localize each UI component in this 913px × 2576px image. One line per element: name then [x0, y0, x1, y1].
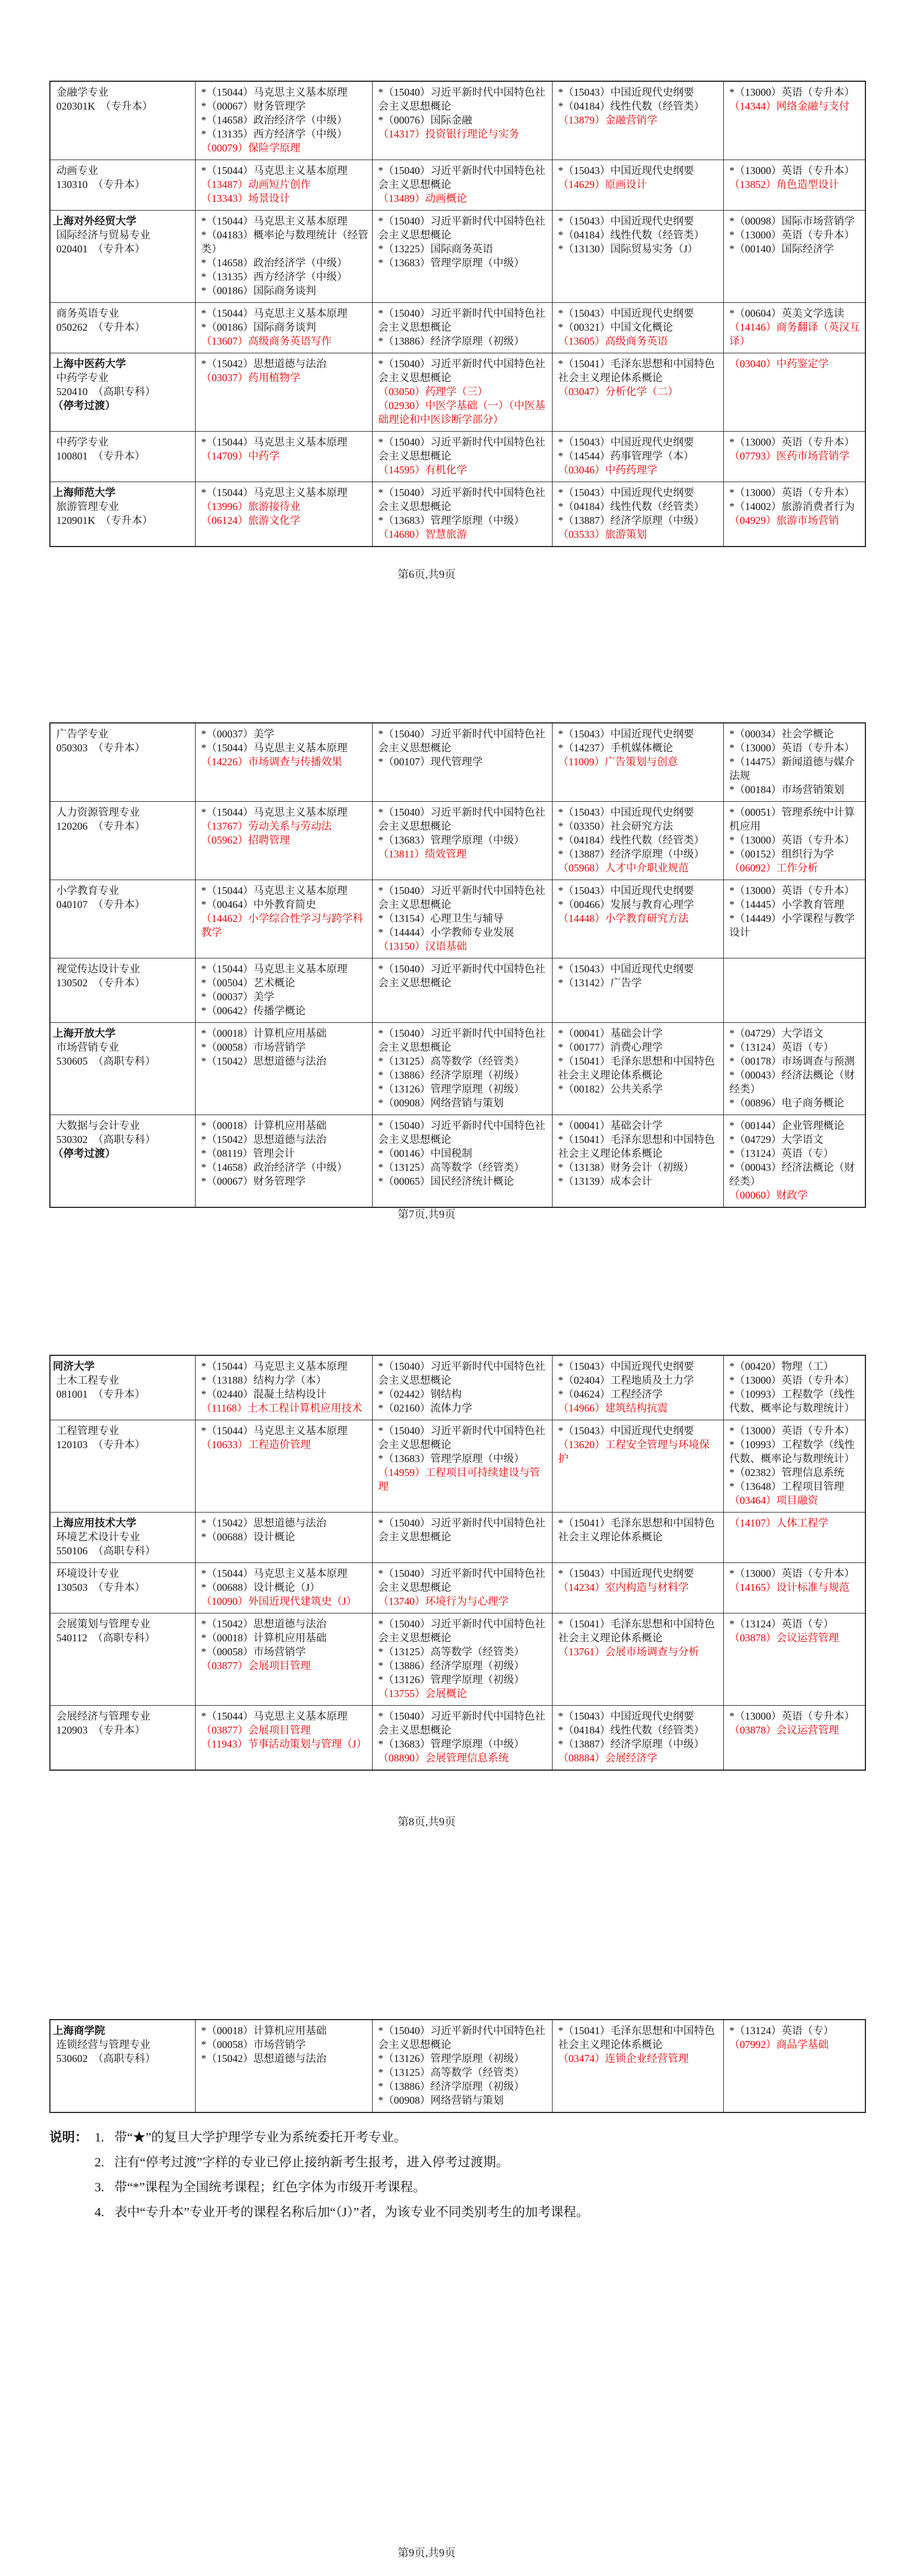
note-number: 4. — [95, 2199, 114, 2224]
note-item: 3.带“*”课程为全国统考课程；红色字体为市级开考课程。 — [95, 2175, 605, 2199]
national-course: *（13130）国际贸易实务（J） — [558, 242, 720, 256]
major-label: 540112 （高职专科） — [56, 1631, 192, 1645]
note-number: 3. — [95, 2175, 114, 2199]
note-number: 2. — [95, 2150, 114, 2175]
course-cell: *（15040）习近平新时代中国特色社会主义思想概论*（13125）高等数学（经… — [372, 1023, 552, 1115]
national-course: *（02160）流体力学 — [378, 1401, 548, 1415]
national-course: *（02440）混凝土结构设计 — [201, 1387, 369, 1401]
course-table-page8: 同济大学土木工程专业081001 （专升本）*（15044）马克思主义基本原理*… — [49, 1355, 866, 1771]
table-row: 广告学专业050303 （专升本）*（00037）美学*（15044）马克思主义… — [50, 723, 865, 802]
national-course: *（15044）马克思主义基本原理 — [201, 306, 369, 320]
national-course: *（00146）中国税制 — [378, 1146, 548, 1160]
course-cell: *（15040）习近平新时代中国特色社会主义思想概论*（13225）国际商务英语… — [372, 211, 552, 303]
table-row: 商务英语专业050262 （专升本）*（15044）马克思主义基本原理*（001… — [50, 303, 865, 353]
major-cell: 小学教育专业040107 （专升本） — [50, 880, 195, 958]
national-course: *（15040）习近平新时代中国特色社会主义思想概论 — [378, 164, 548, 191]
municipal-course: （10633）工程造价管理 — [201, 1438, 369, 1452]
municipal-course: （14462）小学综合性学习与跨学科教学 — [201, 911, 369, 939]
national-course: *（15043）中国近现代史纲要 — [558, 85, 720, 99]
table-row: 上海中医药大学中药学专业520410 （高职专科）（停考过渡）*（15042）思… — [50, 353, 865, 432]
major-label: 会展策划与管理专业 — [56, 1617, 192, 1631]
national-course: *（00018）计算机应用基础 — [201, 2024, 369, 2038]
national-course: *（13000）英语（专升本） — [730, 1709, 862, 1723]
national-course: *（00504）艺术概论 — [201, 976, 369, 990]
national-course: *（04184）线性代数（经管类） — [558, 99, 720, 113]
national-course: *（00182）公共关系学 — [558, 1082, 720, 1096]
course-cell: *（00041）基础会计学*（00177）消费心理学*（15041）毛泽东思想和… — [552, 1023, 723, 1115]
national-course: *（13887）经济学原理（中级） — [558, 513, 720, 527]
national-course: *（00037）美学 — [201, 990, 369, 1004]
course-cell: *（13000）英语（专升本）（14344）网络金融与支付 — [723, 81, 865, 160]
note-item: 2.注有“停考过渡”字样的专业已停止接纳新考生报考，进入停考过渡期。 — [95, 2150, 605, 2175]
national-course: *（00065）国民经济统计概论 — [378, 1174, 548, 1188]
national-course: *（15041）毛泽东思想和中国特色社会主义理论体系概论 — [558, 2024, 720, 2052]
municipal-course: （11009）广告策划与创意 — [558, 755, 720, 769]
national-course: *（13138）财务会计（初级） — [558, 1160, 720, 1174]
national-course: *（15042）思想道德与法治 — [201, 1054, 369, 1068]
national-course: *（15044）马克思主义基本原理 — [201, 1566, 369, 1580]
national-course: *（15043）中国近现代史纲要 — [558, 962, 720, 976]
municipal-course: （13811）绩效管理 — [378, 847, 548, 861]
municipal-course: （14595）有机化学 — [378, 463, 548, 477]
major-label: 100801 （专升本） — [56, 449, 192, 463]
national-course: *（15040）习近平新时代中国特色社会主义思想概论 — [378, 306, 548, 334]
national-course: *（15043）中国近现代史纲要 — [558, 164, 720, 178]
national-course: *（13000）英语（专升本） — [730, 833, 862, 847]
major-cell: 上海中医药大学中药学专业520410 （高职专科）（停考过渡） — [50, 353, 195, 432]
school-or-flag-label: 上海商学院 — [53, 2024, 192, 2038]
national-course: *（00184）市场营销策划 — [730, 783, 862, 797]
national-course: *（13683）管理学原理（中级） — [378, 833, 548, 847]
national-course: *（02404）工程地质及土力学 — [558, 1373, 720, 1387]
national-course: *（00058）市场营销学 — [201, 2038, 369, 2052]
major-label: 环境设计专业 — [56, 1566, 192, 1580]
national-course: *（15044）马克思主义基本原理 — [201, 1359, 369, 1373]
national-course: *（13886）经济学原理（初级） — [378, 1659, 548, 1673]
course-table-page7-slot: 广告学专业050303 （专升本）*（00037）美学*（15044）马克思主义… — [49, 722, 865, 1208]
national-course: *（13887）经济学原理（中级） — [558, 847, 720, 861]
major-label: 130503 （专升本） — [56, 1580, 192, 1594]
course-cell: *（15044）马克思主义基本原理*（00504）艺术概论*（00037）美学*… — [195, 958, 372, 1023]
course-cell: *（15044）马克思主义基本原理*（13188）结构力学（本）*（02440）… — [195, 1355, 372, 1420]
table-row: 上海开放大学市场营销专业530605 （高职专科）*（00018）计算机应用基础… — [50, 1023, 865, 1115]
note-text: 注有“停考过渡”字样的专业已停止接纳新考生报考，进入停考过渡期。 — [114, 2150, 605, 2175]
municipal-course: （14107）人体工程学 — [730, 1516, 862, 1530]
national-course: *（15043）中国近现代史纲要 — [558, 306, 720, 320]
national-course: *（00018）计算机应用基础 — [201, 1631, 369, 1645]
national-course: *（15040）习近平新时代中国特色社会主义思想概论 — [378, 85, 548, 113]
course-cell: *（15044）马克思主义基本原理*（00186）国际商务谈判（13607）高级… — [195, 303, 372, 353]
national-course: *（15040）习近平新时代中国特色社会主义思想概论 — [378, 962, 548, 990]
major-cell: 商务英语专业050262 （专升本） — [50, 303, 195, 353]
course-cell: *（00034）社会学概论*（13000）英语（专升本）*（14475）新闻道德… — [723, 723, 865, 802]
course-cell: *（15043）中国近现代史纲要*（02404）工程地质及土力学*（04624）… — [552, 1355, 723, 1420]
major-label: 050303 （专升本） — [56, 741, 192, 755]
course-cell: *（15043）中国近现代史纲要*（14237）手机媒体概论（11009）广告策… — [552, 723, 723, 802]
municipal-course: （00079）保险学原理 — [201, 141, 369, 155]
school-or-flag-label: （停考过渡） — [53, 1146, 192, 1160]
national-course: *（13142）广告学 — [558, 976, 720, 990]
note-item: 4.表中“专升本”专业开考的课程名称后加“（J）”者，为该专业不同类别考生的加考… — [95, 2199, 605, 2224]
major-label: 旅游管理专业 — [56, 500, 192, 513]
municipal-course: （03040）中药鉴定学 — [730, 357, 862, 371]
national-course: *（04184）线性代数（经管类） — [558, 1723, 720, 1737]
municipal-course: （14234）室内构造与材料学 — [558, 1580, 720, 1594]
national-course: *（14237）手机媒体概论 — [558, 741, 720, 755]
national-course: *（15044）马克思主义基本原理 — [201, 164, 369, 178]
municipal-course: （03533）旅游策划 — [558, 527, 720, 541]
course-cell: *（15041）毛泽东思想和中国特色社会主义理论体系概论（03047）分析化学（… — [552, 353, 723, 432]
municipal-course: （10090）外国近现代建筑史（J） — [201, 1594, 369, 1608]
major-cell: 上海开放大学市场营销专业530605 （高职专科） — [50, 1023, 195, 1115]
table-row: 同济大学土木工程专业081001 （专升本）*（15044）马克思主义基本原理*… — [50, 1355, 865, 1420]
national-course: *（15043）中国近现代史纲要 — [558, 1566, 720, 1580]
national-course: *（13126）管理学原理（初级） — [378, 1673, 548, 1687]
course-cell — [723, 958, 865, 1023]
note-text: 带“*”课程为全国统考课程；红色字体为市级开考课程。 — [114, 2175, 605, 2199]
major-label: 人力资源管理专业 — [56, 805, 192, 819]
notes-section: 说明： 1.带“★”的复旦大学护理学专业为系统委托开考专业。2.注有“停考过渡”… — [49, 2125, 630, 2224]
course-cell: *（15040）习近平新时代中国特色社会主义思想概论*（00107）现代管理学 — [372, 723, 552, 802]
course-cell: *（15040）习近平新时代中国特色社会主义思想概论*（13886）经济学原理（… — [372, 303, 552, 353]
table-row: 上海对外经贸大学国际经济与贸易专业020401 （专升本）*（15044）马克思… — [50, 211, 865, 303]
major-label: 040107 （专升本） — [56, 898, 192, 911]
national-course: *（00067）财务管理学 — [201, 99, 369, 113]
municipal-course: （14959）工程项目可持续建设与管理 — [378, 1466, 548, 1493]
municipal-course: （13755）会展概论 — [378, 1687, 548, 1701]
national-course: *（00043）经济法概论（财经类） — [730, 1160, 862, 1188]
national-course: *（13000）英语（专升本） — [730, 486, 862, 500]
national-course: *（02442）钢结构 — [378, 1387, 548, 1401]
national-course: *（13225）国际商务英语 — [378, 242, 548, 256]
major-cell: 上海应用技术大学环境艺术设计专业550106 （高职专科） — [50, 1513, 195, 1563]
national-course: *（13000）英语（专升本） — [730, 1373, 862, 1387]
municipal-course: （07992）商品学基础 — [730, 2038, 862, 2052]
school-or-flag-label: 上海中医药大学 — [53, 357, 192, 371]
national-course: *（13886）经济学原理（初级） — [378, 1068, 548, 1082]
school-or-flag-label: 上海应用技术大学 — [53, 1516, 192, 1530]
national-course: *（00152）组织行为学 — [730, 847, 862, 861]
course-cell: *（15043）中国近现代史纲要（13620）工程安全管理与环境保护 — [552, 1420, 723, 1513]
municipal-course: （14146）商务翻译（英汉互译） — [730, 320, 862, 348]
national-course: *（15040）习近平新时代中国特色社会主义思想概论 — [378, 435, 548, 463]
national-course: *（00642）传播学概论 — [201, 1004, 369, 1018]
course-cell: *（15043）中国近现代史纲要*（14544）药事管理学（本）（03046）中… — [552, 432, 723, 482]
national-course: *（15043）中国近现代史纲要 — [558, 805, 720, 819]
national-course: *（00896）电子商务概论 — [730, 1096, 862, 1110]
course-cell: *（15044）马克思主义基本原理（13487）动画短片创作（13343）场景设… — [195, 160, 372, 211]
national-course: *（15042）思想道德与法治 — [201, 2052, 369, 2065]
national-course: *（15041）毛泽东思想和中国特色社会主义理论体系概论 — [558, 1133, 720, 1160]
notes-label: 说明： — [49, 2125, 95, 2150]
national-course: *（15040）习近平新时代中国特色社会主义思想概论 — [378, 1566, 548, 1594]
course-cell: *（00037）美学*（15044）马克思主义基本原理（14226）市场调查与传… — [195, 723, 372, 802]
municipal-course: （06092）工作分析 — [730, 861, 862, 875]
course-cell: *（15044）马克思主义基本原理*（00688）设计概论（J）（10090）外… — [195, 1563, 372, 1613]
national-course: *（00688）设计概论（J） — [201, 1580, 369, 1594]
municipal-course: （03047）分析化学（二） — [558, 385, 720, 399]
major-label: 520410 （高职专科） — [56, 385, 192, 399]
note-item: 1.带“★”的复旦大学护理学专业为系统委托开考专业。 — [95, 2125, 605, 2150]
note-text: 带“★”的复旦大学护理学专业为系统委托开考专业。 — [114, 2125, 605, 2150]
major-cell: 金融学专业020301K （专升本） — [50, 81, 195, 160]
major-label: 商务英语专业 — [56, 306, 192, 320]
national-course: *（15044）马克思主义基本原理 — [201, 486, 369, 500]
municipal-course: （03878）会议运营管理 — [730, 1723, 862, 1737]
major-label: 020401 （专升本） — [56, 242, 192, 256]
major-label: 120206 （专升本） — [56, 819, 192, 833]
national-course: *（13188）结构力学（本） — [201, 1373, 369, 1387]
national-course: *（13000）英语（专升本） — [730, 85, 862, 99]
course-table-page7: 广告学专业050303 （专升本）*（00037）美学*（15044）马克思主义… — [49, 722, 866, 1208]
national-course: *（15043）中国近现代史纲要 — [558, 1424, 720, 1438]
national-course: *（13125）高等数学（经管类） — [378, 1054, 548, 1068]
municipal-course: （06124）旅游文化学 — [201, 513, 369, 527]
municipal-course: （00060）财政学 — [730, 1188, 862, 1202]
national-course: *（00688）设计概论 — [201, 1530, 369, 1544]
course-cell: *（13000）英语（专升本）*（14445）小学教育管理*（14449）小学课… — [723, 880, 865, 958]
course-cell: *（15044）马克思主义基本原理*（00464）中外教育简史（14462）小学… — [195, 880, 372, 958]
national-course: *（00186）国际商务谈判 — [201, 284, 369, 298]
national-course: *（04624）工程经济学 — [558, 1387, 720, 1401]
municipal-course: （03046）中药药理学 — [558, 463, 720, 477]
national-course: *（13000）英语（专升本） — [730, 228, 862, 242]
national-course: *（00058）市场营销学 — [201, 1645, 369, 1659]
course-cell: *（15041）毛泽东思想和中国特色社会主义理论体系概论（13761）会展市场调… — [552, 1613, 723, 1706]
major-cell: 上海师范大学旅游管理专业120901K （专升本） — [50, 482, 195, 547]
national-course: *（00041）基础会计学 — [558, 1119, 720, 1133]
national-course: *（15044）马克思主义基本原理 — [201, 1709, 369, 1723]
national-course: *（00186）国际商务谈判 — [201, 320, 369, 334]
national-course: *（04184）线性代数（经管类） — [558, 833, 720, 847]
major-label: 130502 （专升本） — [56, 976, 192, 990]
major-cell: 会展策划与管理专业540112 （高职专科） — [50, 1613, 195, 1706]
national-course: *（15044）马克思主义基本原理 — [201, 741, 369, 755]
course-cell: *（15043）中国近现代史纲要（14234）室内构造与材料学 — [552, 1563, 723, 1613]
municipal-course: （13150）汉语基础 — [378, 939, 548, 953]
major-cell: 中药学专业100801 （专升本） — [50, 432, 195, 482]
municipal-course: （02930）中医学基础（一）（中医基础理论和中医诊断学部分） — [378, 399, 548, 426]
course-cell: *（15044）马克思主义基本原理*（04183）概率论与数理统计（经管类）*（… — [195, 211, 372, 303]
major-label: 小学教育专业 — [56, 884, 192, 898]
municipal-course: （13767）劳动关系与劳动法 — [201, 819, 369, 833]
notes-list: 1.带“★”的复旦大学护理学专业为系统委托开考专业。2.注有“停考过渡”字样的专… — [95, 2125, 605, 2224]
major-cell: 同济大学土木工程专业081001 （专升本） — [50, 1355, 195, 1420]
national-course: *（13000）英语（专升本） — [730, 1566, 862, 1580]
national-course: *（00058）市场营销学 — [201, 1040, 369, 1054]
national-course: *（15040）习近平新时代中国特色社会主义思想概论 — [378, 884, 548, 911]
national-course: *（00051）管理系统中计算机应用 — [730, 805, 862, 833]
national-course: *（04184）线性代数（经管类） — [558, 500, 720, 513]
national-course: *（02382）管理信息系统 — [730, 1466, 862, 1479]
table-row: 人力资源管理专业120206 （专升本）*（15044）马克思主义基本原理（13… — [50, 802, 865, 880]
major-label: 550106 （高职专科） — [56, 1544, 192, 1558]
course-cell: （03040）中药鉴定学 — [723, 353, 865, 432]
national-course: *（15041）毛泽东思想和中国特色社会主义理论体系概论 — [558, 1516, 720, 1544]
course-cell: *（15040）习近平新时代中国特色社会主义思想概论*（13125）高等数学（经… — [372, 1613, 552, 1706]
municipal-course: （14317）投资银行理论与实务 — [378, 127, 548, 141]
municipal-course: （14966）建筑结构抗震 — [558, 1401, 720, 1415]
national-course: *（15040）习近平新时代中国特色社会主义思想概论 — [378, 1026, 548, 1054]
national-course: *（00177）消费心理学 — [558, 1040, 720, 1054]
national-course: *（00144）企业管理概论 — [730, 1119, 862, 1133]
table-row: 会展经济与管理专业120903 （专升本）*（15044）马克思主义基本原理（0… — [50, 1706, 865, 1771]
national-course: *（15042）思想道德与法治 — [201, 1617, 369, 1631]
major-cell: 广告学专业050303 （专升本） — [50, 723, 195, 802]
municipal-course: （13605）高级商务英语 — [558, 334, 720, 348]
course-cell: *（15041）毛泽东思想和中国特色社会主义理论体系概论 — [552, 1513, 723, 1563]
major-cell: 视觉传达设计专业130502 （专升本） — [50, 958, 195, 1023]
course-cell: *（15040）习近平新时代中国特色社会主义思想概论（14595）有机化学 — [372, 432, 552, 482]
national-course: *（15040）习近平新时代中国特色社会主义思想概论 — [378, 486, 548, 513]
national-course: *（00908）网络营销与策划 — [378, 1096, 548, 1110]
major-label: 工程管理专业 — [56, 1424, 192, 1438]
major-label: 020301K （专升本） — [56, 99, 192, 113]
table-row: 金融学专业020301K （专升本）*（15044）马克思主义基本原理*（000… — [50, 81, 865, 160]
major-cell: 动画专业130310 （专升本） — [50, 160, 195, 211]
municipal-course: （13343）场景设计 — [201, 191, 369, 205]
municipal-course: （14709）中药学 — [201, 449, 369, 463]
course-cell: *（00098）国际市场营销学*（13000）英语（专升本）*（00140）国际… — [723, 211, 865, 303]
table-row: 动画专业130310 （专升本）*（15044）马克思主义基本原理（13487）… — [50, 160, 865, 211]
municipal-course: （13487）动画短片创作 — [201, 178, 369, 191]
national-course: *（13683）管理学原理（中级） — [378, 1737, 548, 1751]
national-course: *（15044）马克思主义基本原理 — [201, 805, 369, 819]
major-label: 中药学专业 — [56, 435, 192, 449]
course-cell: *（15040）习近平新时代中国特色社会主义思想概论（13489）动画概论 — [372, 160, 552, 211]
national-course: *（15040）习近平新时代中国特色社会主义思想概论 — [378, 214, 548, 242]
national-course: *（15040）习近平新时代中国特色社会主义思想概论 — [378, 727, 548, 755]
national-course: *（00098）国际市场营销学 — [730, 214, 862, 228]
table-row: 工程管理专业120103 （专升本）*（15044）马克思主义基本原理（1063… — [50, 1420, 865, 1513]
school-or-flag-label: 同济大学 — [53, 1359, 192, 1373]
major-label: 120903 （专升本） — [56, 1723, 192, 1737]
national-course: *（13125）高等数学（经管类） — [378, 1645, 548, 1659]
major-label: 土木工程专业 — [56, 1373, 192, 1387]
course-cell: *（15043）中国近现代史纲要*（04184）线性代数（经管类）*（13887… — [552, 1706, 723, 1771]
municipal-course: （14226）市场调查与传播效果 — [201, 755, 369, 769]
national-course: *（15042）思想道德与法治 — [201, 1133, 369, 1146]
major-label: 环境艺术设计专业 — [56, 1530, 192, 1544]
course-cell: *（15040）习近平新时代中国特色社会主义思想概论*（00076）国际金融（1… — [372, 81, 552, 160]
course-cell: *（15044）马克思主义基本原理（13767）劳动关系与劳动法（05962）招… — [195, 802, 372, 880]
national-course: *（15044）马克思主义基本原理 — [201, 1424, 369, 1438]
municipal-course: （13879）金融营销学 — [558, 113, 720, 127]
national-course: *（13124）英语（专） — [730, 2024, 862, 2038]
municipal-course: （03037）药用植物学 — [201, 371, 369, 385]
major-label: 国际经济与贸易专业 — [56, 228, 192, 242]
national-course: *（00321）中国文化概论 — [558, 320, 720, 334]
national-course: *（13000）英语（专升本） — [730, 884, 862, 898]
municipal-course: （14165）设计标准与规范 — [730, 1580, 862, 1594]
national-course: *（14002）旅游消费者行为 — [730, 500, 862, 513]
national-course: *（03350）社会研究方法 — [558, 819, 720, 833]
note-text: 表中“专升本”专业开考的课程名称后加“（J）”者，为该专业不同类别考生的加考课程… — [114, 2199, 605, 2224]
course-table-page8-slot: 同济大学土木工程专业081001 （专升本）*（15044）马克思主义基本原理*… — [49, 1355, 865, 1771]
national-course: *（15044）马克思主义基本原理 — [201, 85, 369, 99]
course-cell: *（13124）英语（专）（03878）会议运营管理 — [723, 1613, 865, 1706]
national-course: *（13125）高等数学（经管类） — [378, 1160, 548, 1174]
national-course: *（13886）经济学原理（初级） — [378, 334, 548, 348]
national-course: *（13124）英语（专） — [730, 1146, 862, 1160]
national-course: *（14445）小学教育管理 — [730, 898, 862, 911]
national-course: *（10993）工程数学（线性代数、概率论与数理统计） — [730, 1387, 862, 1415]
course-cell: *（15040）习近平新时代中国特色社会主义思想概论（13740）环境行为与心理… — [372, 1563, 552, 1613]
national-course: *（14544）药事管理学（本） — [558, 449, 720, 463]
national-course: *（00043）经济法概论（财经类） — [730, 1068, 862, 1096]
course-cell: *（15040）习近平新时代中国特色社会主义思想概论（03050）药理学（三）（… — [372, 353, 552, 432]
national-course: *（15041）毛泽东思想和中国特色社会主义理论体系概论 — [558, 1617, 720, 1645]
municipal-course: （03474）连锁企业经营管理 — [558, 2052, 720, 2065]
municipal-course: （13740）环境行为与心理学 — [378, 1594, 548, 1608]
municipal-course: （03877）会展项目管理 — [201, 1723, 369, 1737]
table-row: 上海商学院连锁经营与管理专业530602 （高职专科）*（00018）计算机应用… — [50, 2020, 865, 2112]
exam-plan-document: { "colors": { "red": "#e60000", "black":… — [0, 0, 913, 2576]
national-course: *（10993）工程数学（线性代数、概率论与数理统计） — [730, 1438, 862, 1466]
course-cell: *（13000）英语（专升本）（03878）会议运营管理 — [723, 1706, 865, 1771]
course-cell: *（15040）习近平新时代中国特色社会主义思想概论*（02442）钢结构*（0… — [372, 1355, 552, 1420]
course-cell: *（00018）计算机应用基础*（00058）市场营销学*（15042）思想道德… — [195, 1023, 372, 1115]
national-course: *（14658）政治经济学（中级） — [201, 256, 369, 270]
municipal-course: （11943）节事活动策划与管理（J） — [201, 1737, 369, 1751]
municipal-course: （14448）小学教育研究方法 — [558, 911, 720, 925]
course-cell: *（15042）思想道德与法治*（00018）计算机应用基础*（00058）市场… — [195, 1613, 372, 1706]
course-cell: *（15042）思想道德与法治（03037）药用植物学 — [195, 353, 372, 432]
national-course: *（15044）马克思主义基本原理 — [201, 435, 369, 449]
municipal-course: （08890）会展管理信息系统 — [378, 1751, 548, 1765]
municipal-course: （13852）角色造型设计 — [730, 178, 862, 191]
school-or-flag-label: （停考过渡） — [53, 399, 192, 413]
course-cell: *（00420）物理（工）*（13000）英语（专升本）*（10993）工程数学… — [723, 1355, 865, 1420]
national-course: *（15042）思想道德与法治 — [201, 357, 369, 371]
table-row: 中药学专业100801 （专升本）*（15044）马克思主义基本原理（14709… — [50, 432, 865, 482]
national-course: *（00041）基础会计学 — [558, 1026, 720, 1040]
municipal-course: （13996）旅游接待业 — [201, 500, 369, 513]
course-cell: *（00144）企业管理概论*（04729）大学语文*（13124）英语（专）*… — [723, 1115, 865, 1208]
national-course: *（08119）管理会计 — [201, 1146, 369, 1160]
municipal-course: （13620）工程安全管理与环境保护 — [558, 1438, 720, 1466]
municipal-course: （13761）会展市场调查与分析 — [558, 1645, 720, 1659]
course-cell: *（15043）中国近现代史纲要*（13142）广告学 — [552, 958, 723, 1023]
national-course: *（15043）中国近现代史纲要 — [558, 486, 720, 500]
municipal-course: （13607）高级商务英语写作 — [201, 334, 369, 348]
school-or-flag-label: 上海对外经贸大学 — [53, 214, 192, 228]
municipal-course: （03877）会展项目管理 — [201, 1659, 369, 1673]
course-cell: *（15044）马克思主义基本原理（03877）会展项目管理（11943）节事活… — [195, 1706, 372, 1771]
municipal-course: （04929）旅游市场营销 — [730, 513, 862, 527]
page-footer: 第6页,共9页 — [49, 566, 804, 581]
course-cell: *（15040）习近平新时代中国特色社会主义思想概论 — [372, 958, 552, 1023]
national-course: *（15044）马克思主义基本原理 — [201, 962, 369, 976]
national-course: *（15043）中国近现代史纲要 — [558, 1709, 720, 1723]
major-label: 130310 （专升本） — [56, 178, 192, 191]
municipal-course: （14344）网络金融与支付 — [730, 99, 862, 113]
national-course: *（14658）政治经济学（中级） — [201, 1160, 369, 1174]
national-course: *（00076）国际金融 — [378, 113, 548, 127]
national-course: *（13683）管理学原理（中级） — [378, 1452, 548, 1466]
national-course: *（13648）工程项目管理 — [730, 1479, 862, 1493]
major-cell: 人力资源管理专业120206 （专升本） — [50, 802, 195, 880]
national-course: *（00107）现代管理学 — [378, 755, 548, 769]
national-course: *（15040）习近平新时代中国特色社会主义思想概论 — [378, 1709, 548, 1737]
major-cell: 上海商学院连锁经营与管理专业530602 （高职专科） — [50, 2020, 195, 2112]
national-course: *（15040）习近平新时代中国特色社会主义思想概论 — [378, 1359, 548, 1387]
national-course: *（15040）习近平新时代中国特色社会主义思想概论 — [378, 2024, 548, 2052]
national-course: *（15044）马克思主义基本原理 — [201, 214, 369, 228]
municipal-course: （05962）招聘管理 — [201, 833, 369, 847]
course-cell: *（15044）马克思主义基本原理（14709）中药学 — [195, 432, 372, 482]
national-course: *（13683）管理学原理（中级） — [378, 256, 548, 270]
